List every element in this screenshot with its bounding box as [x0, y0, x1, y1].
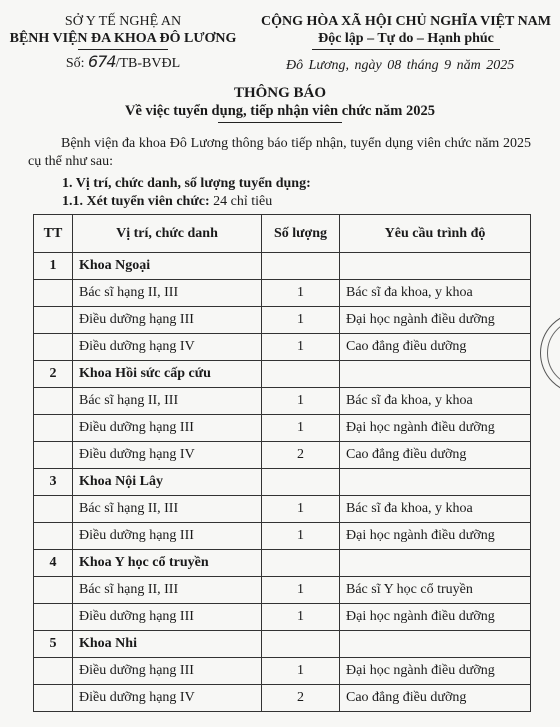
- table-row: Điều dưỡng hạng III1Đại học ngành điều d…: [34, 658, 531, 685]
- section-1-heading: 1. Vị trí, chức danh, số lượng tuyển dụn…: [62, 175, 311, 193]
- position-cell: Điều dưỡng hạng III: [73, 658, 262, 685]
- department-number: 1: [34, 253, 73, 280]
- table-row: Điều dưỡng hạng IV2Cao đẳng điều dưỡng: [34, 685, 531, 712]
- quantity-cell: 1: [262, 415, 340, 442]
- position-cell: Điều dưỡng hạng III: [73, 604, 262, 631]
- requirement-cell: Cao đẳng điều dưỡng: [340, 334, 531, 361]
- table-row: Điều dưỡng hạng III1Đại học ngành điều d…: [34, 523, 531, 550]
- department-number: 3: [34, 469, 73, 496]
- header-quantity: Số lượng: [262, 215, 340, 253]
- agency-name: SỞ Y TẾ NGHỆ AN: [8, 14, 238, 30]
- table-header-row: TT Vị trí, chức danh Số lượng Yêu cầu tr…: [34, 215, 531, 253]
- table-row: Bác sĩ hạng II, III1Bác sĩ đa khoa, y kh…: [34, 280, 531, 307]
- table-row: Điều dưỡng hạng IV1Cao đẳng điều dưỡng: [34, 334, 531, 361]
- document-subtitle: Về việc tuyển dụng, tiếp nhận viên chức …: [0, 102, 560, 120]
- department-name: Khoa Ngoại: [73, 253, 262, 280]
- empty-cell: [34, 307, 73, 334]
- table-row: Điều dưỡng hạng III1Đại học ngành điều d…: [34, 307, 531, 334]
- requirement-cell: Cao đẳng điều dưỡng: [340, 685, 531, 712]
- requirement-cell: Đại học ngành điều dưỡng: [340, 307, 531, 334]
- empty-cell: [340, 469, 531, 496]
- position-cell: Điều dưỡng hạng IV: [73, 442, 262, 469]
- empty-cell: [340, 253, 531, 280]
- quantity-cell: 1: [262, 658, 340, 685]
- empty-cell: [340, 631, 531, 658]
- empty-cell: [34, 334, 73, 361]
- position-cell: Điều dưỡng hạng III: [73, 523, 262, 550]
- requirement-cell: Bác sĩ đa khoa, y khoa: [340, 388, 531, 415]
- quantity-cell: 1: [262, 496, 340, 523]
- empty-cell: [34, 604, 73, 631]
- empty-cell: [34, 442, 73, 469]
- table-body: 1Khoa NgoạiBác sĩ hạng II, III1Bác sĩ đa…: [34, 253, 531, 712]
- issuer-underline: [78, 49, 168, 50]
- requirement-cell: Cao đẳng điều dưỡng: [340, 442, 531, 469]
- empty-cell: [34, 523, 73, 550]
- quantity-cell: 2: [262, 442, 340, 469]
- position-cell: Điều dưỡng hạng III: [73, 415, 262, 442]
- empty-cell: [262, 253, 340, 280]
- position-cell: Bác sĩ hạng II, III: [73, 496, 262, 523]
- table-row: Bác sĩ hạng II, III1Bác sĩ đa khoa, y kh…: [34, 388, 531, 415]
- table-row: Điều dưỡng hạng III1Đại học ngành điều d…: [34, 604, 531, 631]
- quantity-cell: 1: [262, 334, 340, 361]
- quantity-cell: 1: [262, 388, 340, 415]
- requirement-cell: Đại học ngành điều dưỡng: [340, 523, 531, 550]
- header-requirement: Yêu cầu trình độ: [340, 215, 531, 253]
- position-cell: Bác sĩ hạng II, III: [73, 577, 262, 604]
- title-block: THÔNG BÁO Về việc tuyển dụng, tiếp nhận …: [0, 84, 560, 123]
- empty-cell: [34, 496, 73, 523]
- empty-cell: [262, 550, 340, 577]
- empty-cell: [340, 361, 531, 388]
- department-number: 2: [34, 361, 73, 388]
- empty-cell: [34, 658, 73, 685]
- position-cell: Điều dưỡng hạng IV: [73, 685, 262, 712]
- empty-cell: [262, 631, 340, 658]
- position-cell: Điều dưỡng hạng III: [73, 307, 262, 334]
- empty-cell: [262, 361, 340, 388]
- intro-paragraph: Bệnh viện đa khoa Đô Lương thông báo tiế…: [28, 135, 531, 171]
- section-1-1-heading: 1.1. Xét tuyển viên chức: 24 chỉ tiêu: [62, 193, 272, 211]
- department-name: Khoa Nội Lây: [73, 469, 262, 496]
- title-underline: [218, 122, 342, 123]
- position-cell: Bác sĩ hạng II, III: [73, 388, 262, 415]
- hospital-name: BỆNH VIỆN ĐA KHOA ĐÔ LƯƠNG: [8, 30, 238, 47]
- requirement-cell: Đại học ngành điều dưỡng: [340, 604, 531, 631]
- dateline: Đô Lương, ngày 08 tháng 9 năm 2025: [256, 56, 556, 76]
- official-stamp: [540, 312, 560, 394]
- table-row: Bác sĩ hạng II, III1Bác sĩ Y học cổ truy…: [34, 577, 531, 604]
- requirement-cell: Bác sĩ đa khoa, y khoa: [340, 280, 531, 307]
- requirement-cell: Bác sĩ Y học cổ truyền: [340, 577, 531, 604]
- handwritten-number: 674: [88, 52, 116, 71]
- department-row: 3Khoa Nội Lây: [34, 469, 531, 496]
- document-title: THÔNG BÁO: [0, 84, 560, 102]
- requirement-cell: Bác sĩ đa khoa, y khoa: [340, 496, 531, 523]
- empty-cell: [262, 469, 340, 496]
- quantity-cell: 1: [262, 523, 340, 550]
- header-position: Vị trí, chức danh: [73, 215, 262, 253]
- table-row: Điều dưỡng hạng IV2Cao đẳng điều dưỡng: [34, 442, 531, 469]
- department-row: 4Khoa Y học cổ truyền: [34, 550, 531, 577]
- quantity-cell: 1: [262, 604, 340, 631]
- quantity-cell: 1: [262, 307, 340, 334]
- national-header: CỘNG HÒA XÃ HỘI CHỦ NGHĨA VIỆT NAM Độc l…: [256, 14, 556, 76]
- department-name: Khoa Hồi sức cấp cứu: [73, 361, 262, 388]
- empty-cell: [34, 280, 73, 307]
- requirement-cell: Đại học ngành điều dưỡng: [340, 415, 531, 442]
- document-number: Số: 674/TB-BVĐL: [8, 52, 238, 74]
- empty-cell: [34, 577, 73, 604]
- table-row: Bác sĩ hạng II, III1Bác sĩ đa khoa, y kh…: [34, 496, 531, 523]
- department-row: 2Khoa Hồi sức cấp cứu: [34, 361, 531, 388]
- header-tt: TT: [34, 215, 73, 253]
- quantity-cell: 2: [262, 685, 340, 712]
- motto-underline: [312, 49, 500, 50]
- department-name: Khoa Nhi: [73, 631, 262, 658]
- recruitment-table: TT Vị trí, chức danh Số lượng Yêu cầu tr…: [33, 214, 531, 712]
- quantity-cell: 1: [262, 577, 340, 604]
- position-cell: Bác sĩ hạng II, III: [73, 280, 262, 307]
- requirement-cell: Đại học ngành điều dưỡng: [340, 658, 531, 685]
- department-number: 5: [34, 631, 73, 658]
- table-row: Điều dưỡng hạng III1Đại học ngành điều d…: [34, 415, 531, 442]
- position-cell: Điều dưỡng hạng IV: [73, 334, 262, 361]
- quantity-cell: 1: [262, 280, 340, 307]
- empty-cell: [340, 550, 531, 577]
- department-name: Khoa Y học cổ truyền: [73, 550, 262, 577]
- document-header: SỞ Y TẾ NGHỆ AN BỆNH VIỆN ĐA KHOA ĐÔ LƯƠ…: [0, 8, 560, 70]
- issuer-block: SỞ Y TẾ NGHỆ AN BỆNH VIỆN ĐA KHOA ĐÔ LƯƠ…: [8, 14, 238, 74]
- republic-name: CỘNG HÒA XÃ HỘI CHỦ NGHĨA VIỆT NAM: [256, 14, 556, 30]
- empty-cell: [34, 388, 73, 415]
- department-row: 5Khoa Nhi: [34, 631, 531, 658]
- empty-cell: [34, 415, 73, 442]
- department-number: 4: [34, 550, 73, 577]
- national-motto: Độc lập – Tự do – Hạnh phúc: [256, 30, 556, 47]
- department-row: 1Khoa Ngoại: [34, 253, 531, 280]
- empty-cell: [34, 685, 73, 712]
